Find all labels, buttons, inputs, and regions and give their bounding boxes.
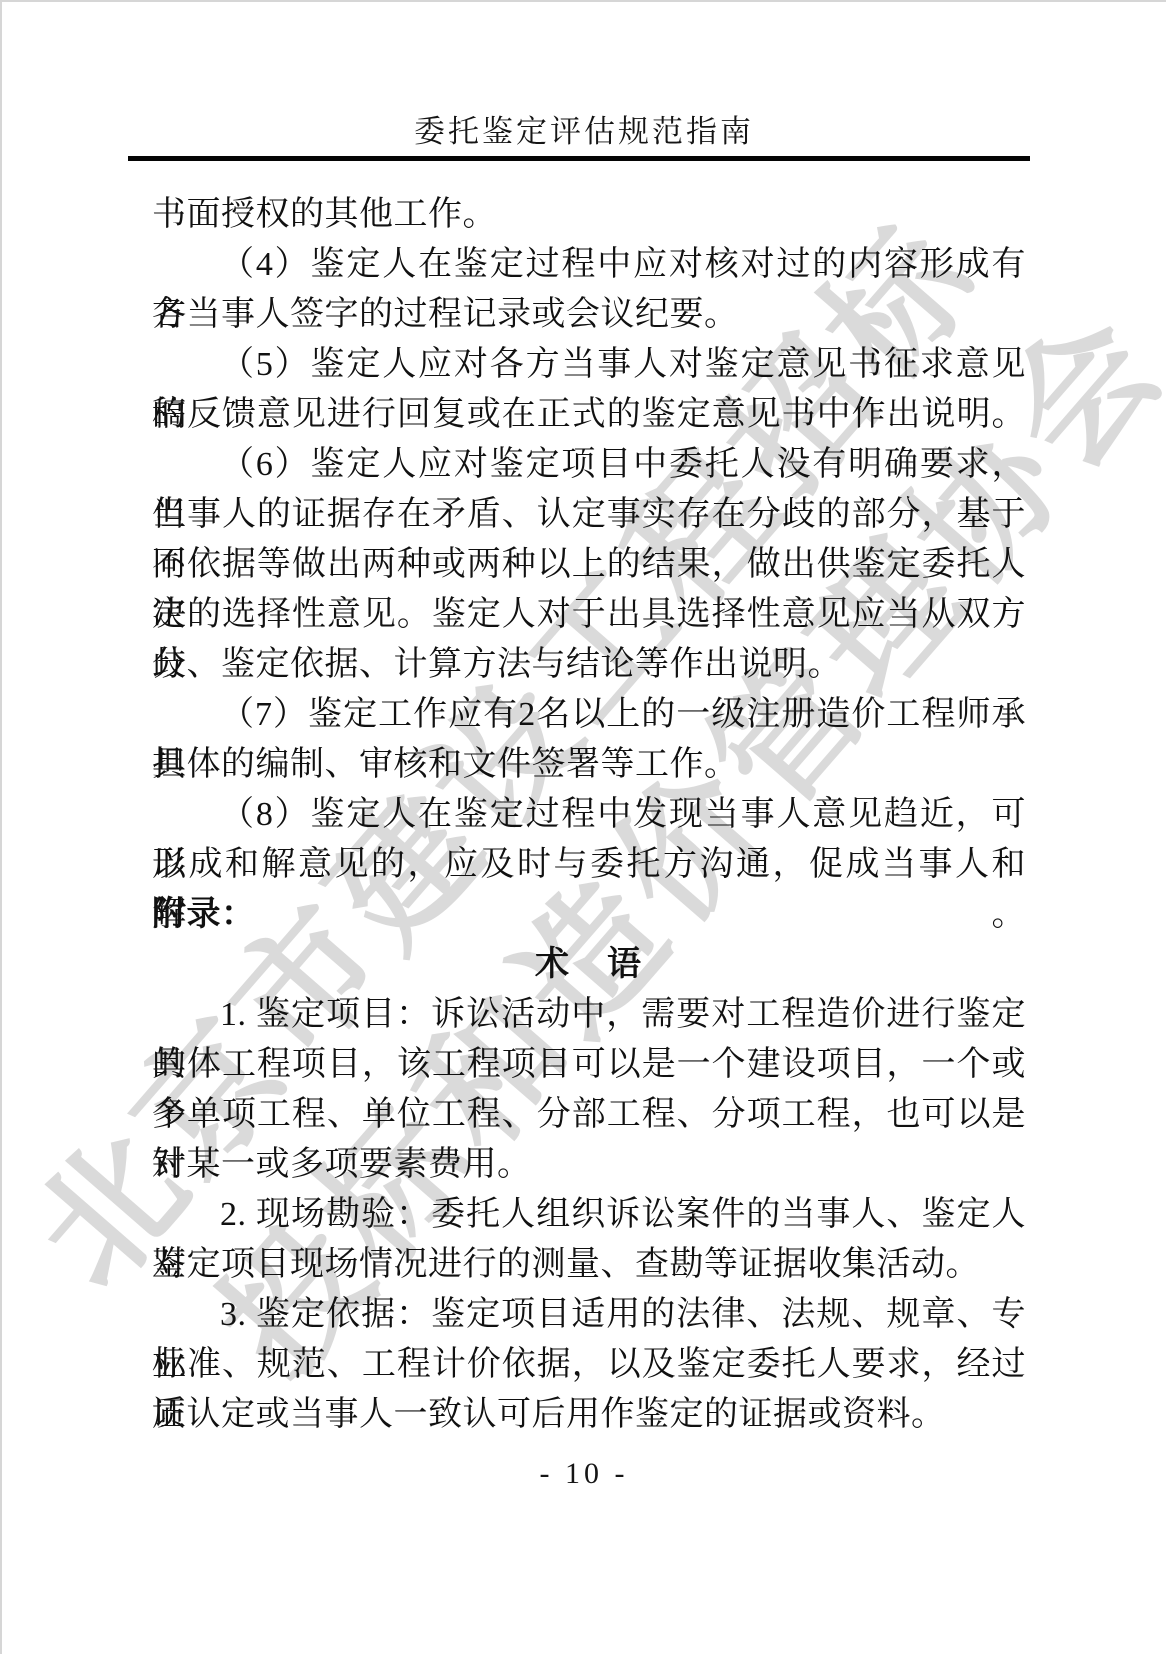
text-line: 形成和解意见的，应及时与委托方沟通，促成当事人和解。: [152, 840, 1026, 890]
document-page: 北京市建设工程招标 投标和造价管理协会 委托鉴定评估规范指南 书面授权的其他工作…: [0, 0, 1166, 1654]
text-line: 具体的编制、审核和文件签署等工作。: [152, 740, 1026, 790]
text-line: （4）鉴定人在鉴定过程中应对核对过的内容形成有各: [152, 240, 1026, 290]
text-line: 同依据等做出两种或两种以上的结果，做出供鉴定委托人决: [152, 540, 1026, 590]
text-line: 的反馈意见进行回复或在正式的鉴定意见书中作出说明。: [152, 390, 1026, 440]
text-line: 书面授权的其他工作。: [152, 190, 1026, 240]
document-title: 委托鉴定评估规范指南: [414, 114, 754, 149]
page-footer: - 10 -: [2, 1457, 1166, 1491]
text-line: 3. 鉴定依据：鉴定项目适用的法律、法规、规章、专业: [152, 1290, 1026, 1340]
text-line: 证认定或当事人一致认可后用作鉴定的证据或资料。: [152, 1390, 1026, 1440]
text-line: （8）鉴定人在鉴定过程中发现当事人意见趋近，可以: [152, 790, 1026, 840]
text-line: 方当事人签字的过程记录或会议纪要。: [152, 290, 1026, 340]
text-line: 对某一或多项要素费用。: [152, 1140, 1026, 1190]
text-line: 2. 现场勘验：委托人组织诉讼案件的当事人、鉴定人对: [152, 1190, 1026, 1240]
text-line: 定的选择性意见。鉴定人对于出具选择性意见应当从双方分: [152, 590, 1026, 640]
text-line: 鉴定项目现场情况进行的测量、查勘等证据收集活动。: [152, 1240, 1026, 1290]
text-line: 具体工程项目，该工程项目可以是一个建设项目，一个或多: [152, 1040, 1026, 1090]
text-line: （6）鉴定人应对鉴定项目中委托人没有明确要求，但: [152, 440, 1026, 490]
terms-heading: 术 语: [152, 940, 1026, 990]
page-header: 委托鉴定评估规范指南: [2, 106, 1166, 151]
text-line: （5）鉴定人应对各方当事人对鉴定意见书征求意见稿: [152, 340, 1026, 390]
page-number: - 10 -: [540, 1457, 629, 1490]
text-line: 歧、鉴定依据、计算方法与结论等作出说明。: [152, 640, 1026, 690]
text-line: 1. 鉴定项目：诉讼活动中，需要对工程造价进行鉴定的: [152, 990, 1026, 1040]
text-line: 当事人的证据存在矛盾、认定事实存在分歧的部分，基于不: [152, 490, 1026, 540]
text-line: （7）鉴定工作应有2名以上的一级注册造价工程师承担: [152, 690, 1026, 740]
text-line: 个单项工程、单位工程、分部工程、分项工程，也可以是针: [152, 1090, 1026, 1140]
header-divider-rule: [128, 156, 1030, 161]
document-body: 书面授权的其他工作。 （4）鉴定人在鉴定过程中应对核对过的内容形成有各 方当事人…: [152, 190, 1026, 1440]
text-line: 标准、规范、工程计价依据，以及鉴定委托人要求，经过质: [152, 1340, 1026, 1390]
